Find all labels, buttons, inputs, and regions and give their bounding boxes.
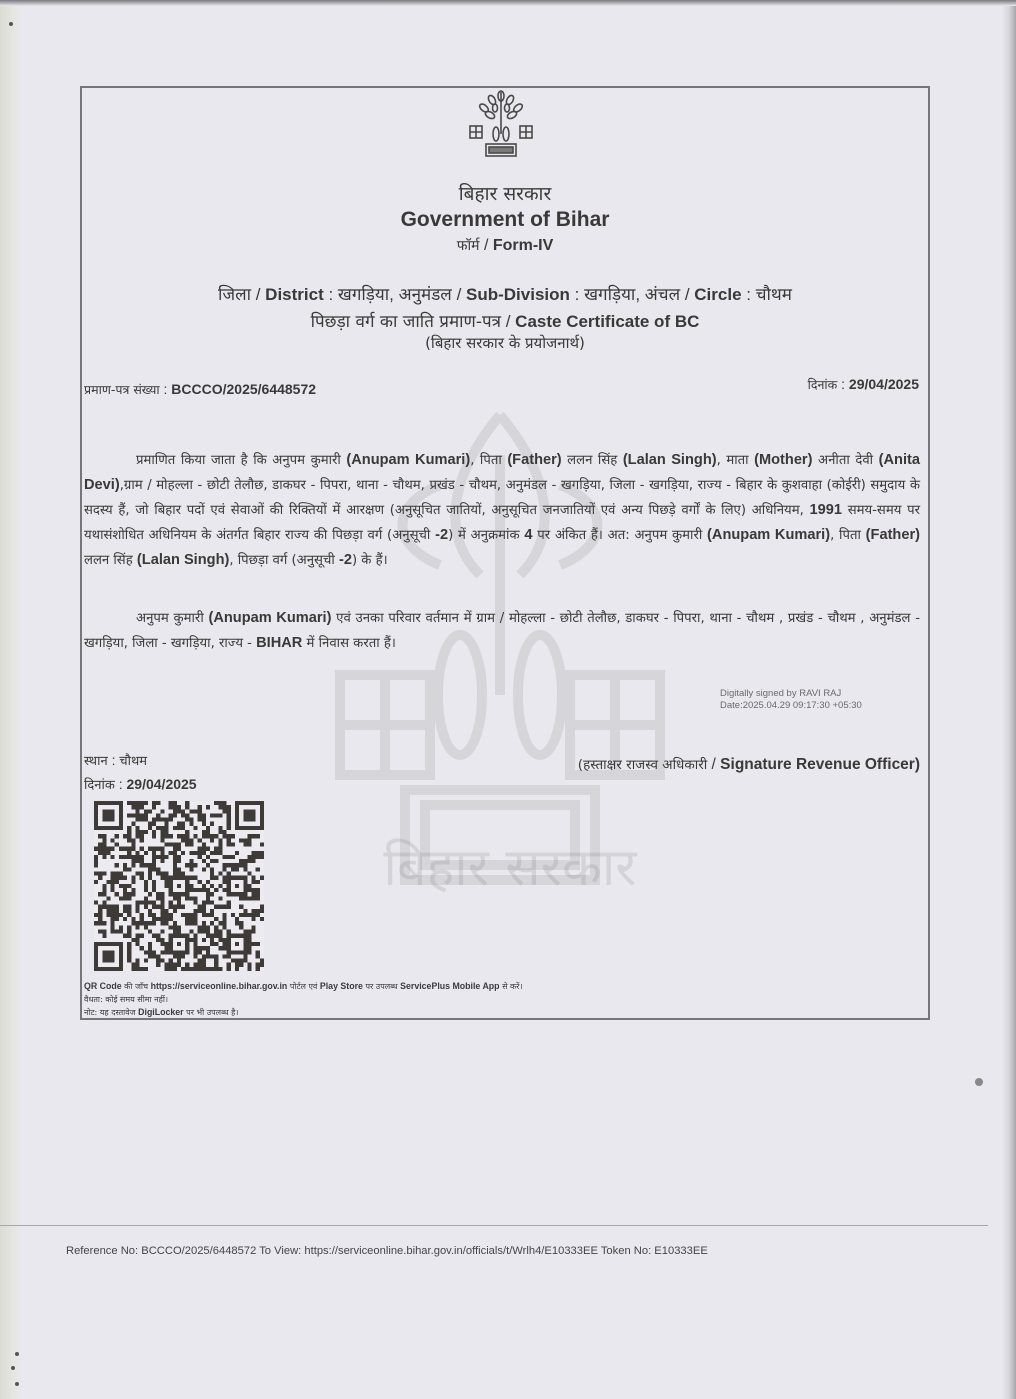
emphasized-text: -2 [435,527,448,543]
subdivision-value: खगड़िया [584,285,635,305]
header-title-hindi: बिहार सरकार [80,180,930,206]
emphasized-text: -2 [339,552,352,568]
emphasized-text: (Mother) [754,452,812,468]
certificate-title-english: Caste Certificate of BC [515,312,699,331]
note-text: पर उपलब्ध [363,982,400,991]
certificate-date-value: 29/04/2025 [849,376,919,392]
signature-officer-english: Signature Revenue Officer) [720,756,920,773]
place-label: स्थान [84,754,108,769]
subdivision-label-english: Sub-Division [466,285,570,304]
emphasized-text: 4 [524,527,532,543]
note-text: पर भी उपलब्ध है। [184,1008,239,1017]
emphasized-text: (Anupam Kumari) [208,610,331,626]
digital-signature-signer: Digitally signed by RAVI RAJ [720,688,862,700]
emphasized-text: (Anupam Kumari) [346,452,470,468]
circle-value: चौथम [756,285,792,305]
digital-signature-date: Date:2025.04.29 09:17:30 +05:30 [720,700,862,712]
form-label-hindi: फॉर्म [457,238,480,254]
note-text: की जाँच [122,982,151,991]
emphasized-text: 1991 [810,502,842,518]
certificate-purpose: (बिहार सरकार के प्रयोजनार्थ) [80,333,930,353]
certificate-title-hindi: पिछड़ा वर्ग का जाति प्रमाण-पत्र [311,312,501,332]
verification-notes: QR Code की जाँच https://serviceonline.bi… [84,980,523,1019]
district-label-english: District [265,285,324,304]
bihar-emblem-icon [462,88,540,160]
reference-footer: Reference No: BCCCO/2025/6448572 To View… [66,1245,708,1257]
district-label-hindi: जिला [218,285,251,305]
note-validity: वैधता: कोई समय सीमा नहीं। [84,993,523,1006]
signature-officer: (हस्ताक्षर राजस्व अधिकारी / Signature Re… [578,755,920,774]
body-text: प्रमाणित किया जाता है कि अनुपम कुमारी [136,453,346,468]
scan-edge-top [0,0,1016,6]
scan-speck [975,1078,983,1086]
circle-label-hindi: अंचल [645,285,680,305]
certificate-title: पिछड़ा वर्ग का जाति प्रमाण-पत्र / Caste … [80,309,930,332]
form-label-english: Form-IV [493,237,553,254]
certificate-number-value: BCCCO/2025/6448572 [171,381,316,397]
note-app: ServicePlus Mobile App [400,981,499,991]
body-text: , माता [717,453,755,468]
place-date-block: स्थान : चौथम दिनांक : 29/04/2025 [84,749,197,797]
verify-portal-link[interactable]: https://serviceonline.bihar.gov.in [151,981,288,991]
place-value: चौथम [119,754,147,769]
note-text: नोट: यह दस्तावेज [84,1008,138,1017]
body-text: , पिता [830,528,866,543]
emphasized-text: (Father) [507,452,561,468]
body-text: , पिछड़ा वर्ग (अनुसूची [229,553,339,568]
separator: / [484,237,493,254]
scan-edge-right [1002,0,1016,1399]
place-row: स्थान : चौथम [84,749,197,773]
emphasized-text: (Lalan Singh) [137,552,229,568]
certificate-body-paragraph-2: अनुपम कुमारी (Anupam Kumari) एवं उनका पर… [84,606,920,656]
body-text: , पिता [470,453,507,468]
digital-signature: Digitally signed by RAVI RAJ Date:2025.0… [720,688,862,712]
body-text: ) में अनुक्रमांक [448,528,524,543]
note-text: से करें। [500,982,523,991]
emphasized-text: BIHAR [256,635,302,651]
emphasized-text: (Father) [866,527,920,543]
form-number: फॉर्म / Form-IV [80,236,930,255]
emphasized-text: (Lalan Singh) [623,452,717,468]
certificate-body-paragraph-1: प्रमाणित किया जाता है कि अनुपम कुमारी (A… [84,448,920,573]
body-text: ललन सिंह [562,453,623,468]
scan-speck [15,1352,19,1356]
date-row: दिनांक : 29/04/2025 [84,773,197,797]
note-qr-verify: QR Code की जाँच https://serviceonline.bi… [84,980,523,993]
body-text: में निवास करता हैं। [302,636,396,651]
qr-code[interactable] [93,801,265,971]
scan-edge-left [0,0,22,1399]
body-text: अनीता देवी [812,453,878,468]
body-text: ) के हैं। [352,553,388,568]
note-store: Play Store [320,981,363,991]
date-value: 29/04/2025 [127,776,197,792]
certificate-date-label: दिनांक [808,377,838,392]
signature-officer-hindi: (हस्ताक्षर राजस्व अधिकारी [578,757,707,773]
date-label: दिनांक [84,778,115,793]
jurisdiction-line: जिला / District : खगड़िया, अनुमंडल / Sub… [80,282,930,305]
scan-speck [15,1382,19,1386]
header-title-english: Government of Bihar [80,208,930,232]
scan-speck [11,1366,15,1370]
note-text: पोर्टल एवं [287,982,320,991]
district-value: खगड़िया [338,285,389,305]
body-text: ललन सिंह [84,553,137,568]
certificate-date: दिनांक : 29/04/2025 [808,376,919,393]
body-text: ,ग्राम / मोहल्ला - छोटी तेलौछ, डाकघर - प… [84,478,920,518]
note-digilocker: नोट: यह दस्तावेज DigiLocker पर भी उपलब्ध… [84,1006,523,1019]
note-qr-label: QR Code [84,981,122,991]
emphasized-text: (Anupam Kumari) [707,527,830,543]
certificate-number: प्रमाण-पत्र संख्या : BCCCO/2025/6448572 [84,381,316,398]
body-text: पर अंकित हैं। अत: अनुपम कुमारी [533,528,708,543]
body-text: अनुपम कुमारी [136,611,208,626]
certificate-number-label: प्रमाण-पत्र संख्या [84,382,160,397]
subdivision-label-hindi: अनुमंडल [399,285,452,305]
footer-divider [0,1225,988,1226]
scan-speck [9,22,13,26]
note-digilocker-label: DigiLocker [138,1007,183,1017]
circle-label-english: Circle [694,285,741,304]
